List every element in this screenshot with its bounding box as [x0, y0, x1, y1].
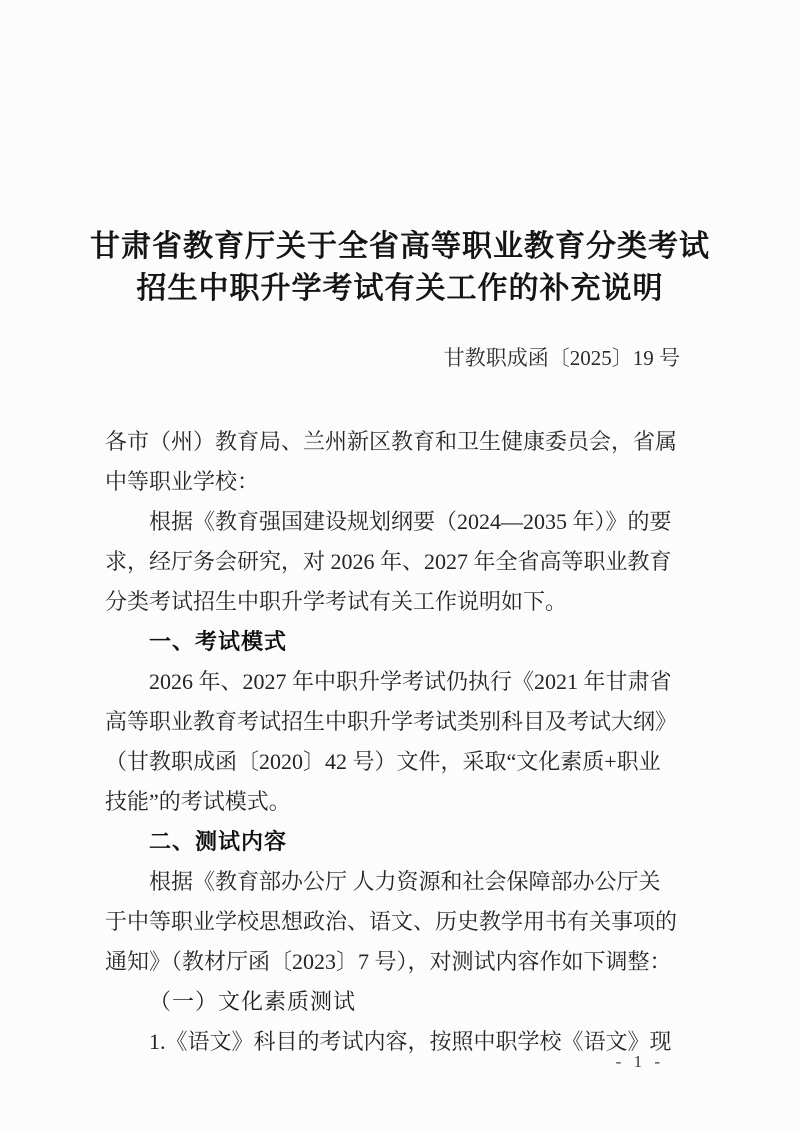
document-page: 甘肃省教育厅关于全省高等职业教育分类考试 招生中职升学考试有关工作的补充说明 甘…: [0, 0, 800, 1130]
body-line: 各市（州）教育局、兰州新区教育和卫生健康委员会，省属: [105, 422, 697, 462]
body-line: 通知》（教材厅函〔2023〕7 号），对测试内容作如下调整：: [105, 942, 697, 982]
body-line: 1.《语文》科目的考试内容，按照中职学校《语文》现: [105, 1022, 697, 1062]
document-title-line-1: 甘肃省教育厅关于全省高等职业教育分类考试: [0, 226, 800, 268]
body-line: 二、测试内容: [105, 822, 697, 862]
body-line: （甘教职成函〔2020〕42 号）文件，采取“文化素质+职业: [105, 742, 697, 782]
document-body: 各市（州）教育局、兰州新区教育和卫生健康委员会，省属中等职业学校：根据《教育强国…: [105, 422, 697, 1062]
body-line: 根据《教育部办公厅 人力资源和社会保障部办公厅关: [105, 862, 697, 902]
body-line: （一）文化素质测试: [105, 982, 697, 1022]
body-line: 根据《教育强国建设规划纲要（2024—2035 年）》的要: [105, 502, 697, 542]
document-title: 甘肃省教育厅关于全省高等职业教育分类考试 招生中职升学考试有关工作的补充说明: [0, 0, 800, 310]
body-line: 于中等职业学校思想政治、语文、历史教学用书有关事项的: [105, 902, 697, 942]
body-line: 求，经厅务会研究，对 2026 年、2027 年全省高等职业教育: [105, 542, 697, 582]
page-number: - 1 -: [616, 1052, 664, 1072]
body-line: 分类考试招生中职升学考试有关工作说明如下。: [105, 582, 697, 622]
document-title-line-2: 招生中职升学考试有关工作的补充说明: [0, 268, 800, 310]
document-number: 甘教职成函〔2025〕19 号: [0, 346, 800, 370]
body-line: 技能”的考试模式。: [105, 782, 697, 822]
body-line: 一、考试模式: [105, 622, 697, 662]
body-line: 中等职业学校：: [105, 462, 697, 502]
body-line: 高等职业教育考试招生中职升学考试类别科目及考试大纲》: [105, 702, 697, 742]
body-line: 2026 年、2027 年中职升学考试仍执行《2021 年甘肃省: [105, 662, 697, 702]
